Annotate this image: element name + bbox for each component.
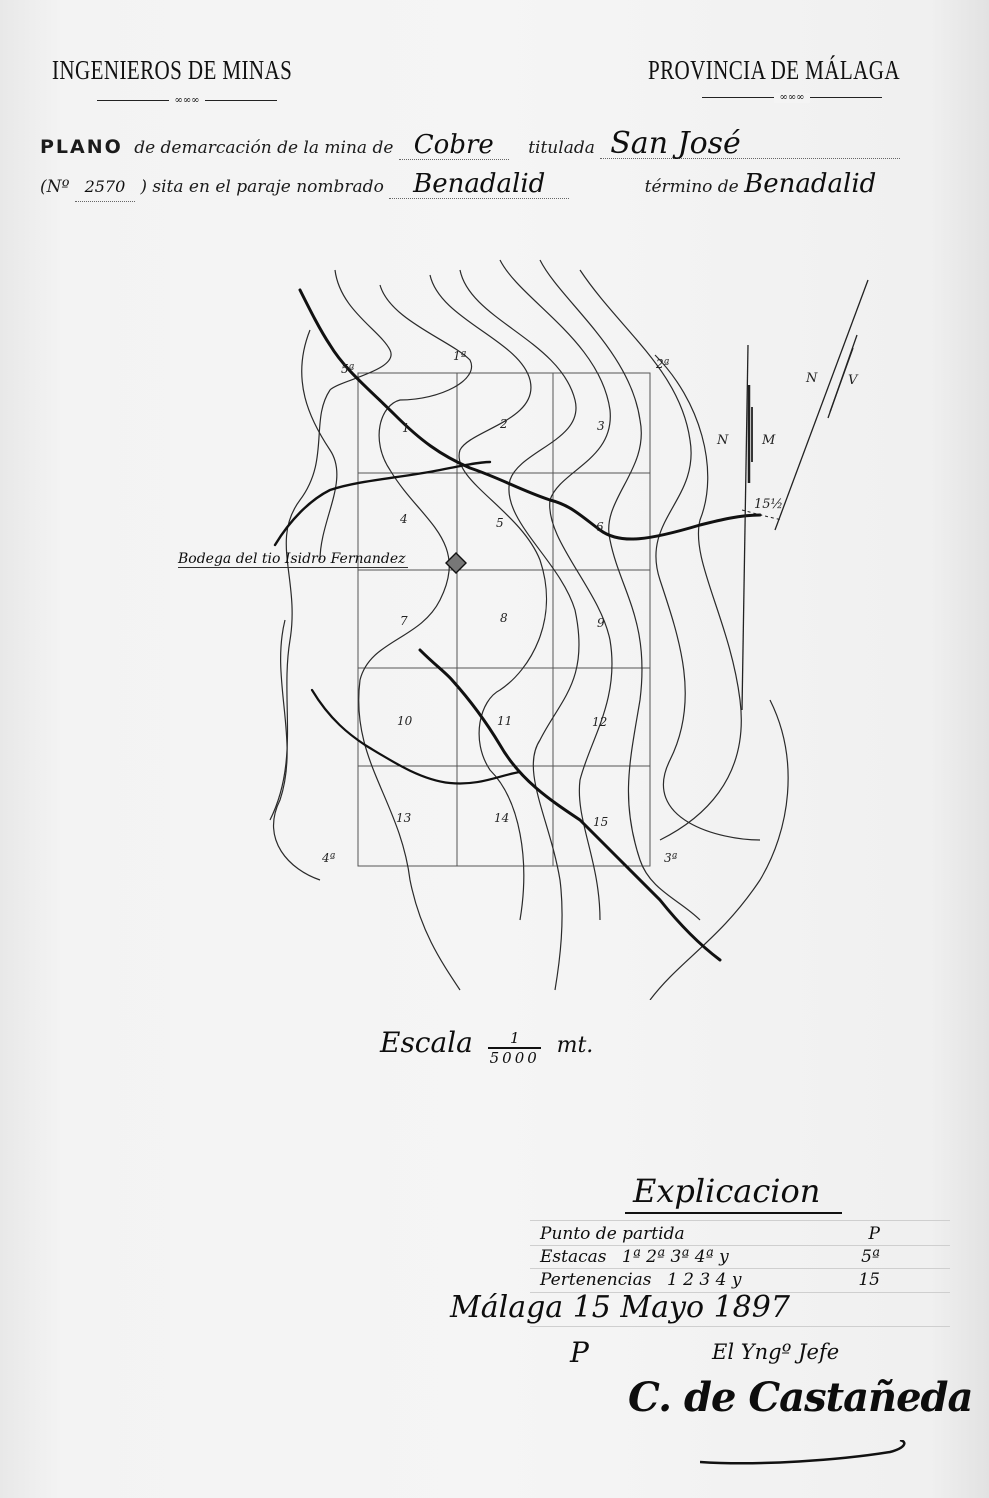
ruled-line <box>530 1220 950 1221</box>
pertenencia-1: 1 <box>402 421 410 435</box>
stake-3-label: 3ª <box>664 851 678 865</box>
scale-denominator: 5000 <box>488 1049 542 1067</box>
streams <box>275 290 760 960</box>
legend-detail: 1 2 3 4 y <box>667 1270 741 1290</box>
pertenencia-3: 3 <box>597 419 605 433</box>
ruled-line <box>530 1268 950 1269</box>
pertenencia-8: 8 <box>500 611 508 625</box>
pertenencia-5: 5 <box>496 516 504 530</box>
mine-demarcation-map: 1 2 3 4 5 6 7 8 9 10 11 12 13 14 15 1ª 2… <box>0 0 989 1000</box>
magnetic-north-n: N <box>716 433 729 448</box>
declination-angle-label: 15½ <box>754 497 783 512</box>
magnetic-north-m: M <box>761 433 776 448</box>
pertenencia-12: 12 <box>592 715 607 729</box>
map-scale: Escala 1 5000 mt. <box>380 1026 593 1067</box>
pertenencia-7: 7 <box>400 614 408 628</box>
engineer-signature: C. de Castañeda <box>628 1374 972 1421</box>
signature-flourish-icon <box>700 1440 910 1470</box>
stake-5-label: 5ª <box>341 362 355 376</box>
scale-label: Escala <box>380 1026 473 1059</box>
legend-value: P <box>869 1224 880 1244</box>
true-north-n: N <box>805 371 818 386</box>
legend-value: 15 <box>858 1270 880 1290</box>
date-line: Málaga 15 Mayo 1897 <box>450 1290 790 1325</box>
ruled-line <box>530 1245 950 1246</box>
pertenencia-10: 10 <box>397 714 413 728</box>
meridian-lines <box>742 280 868 710</box>
legend-detail: 1ª 2ª 3ª 4ª y <box>622 1247 729 1267</box>
pertenencia-4: 4 <box>399 512 408 526</box>
pertenencia-14: 14 <box>494 811 509 825</box>
document-page: INGENIEROS DE MINAS ∞∞∞ PROVINCIA DE MÁL… <box>0 0 989 1498</box>
engineer-title: El Yngº Jefe <box>712 1340 839 1364</box>
legend-label: Estacas <box>540 1247 606 1267</box>
pertenencia-numbers: 1 2 3 4 5 6 7 8 9 10 11 12 13 14 15 <box>396 417 608 829</box>
legend-row-punto-partida: Punto de partida P <box>540 1224 880 1244</box>
pertenencia-2: 2 <box>499 417 508 431</box>
bodega-label: Bodega del tio Isidro Fernandez <box>178 551 408 568</box>
ruled-line <box>530 1326 950 1327</box>
stake-2-label: 2ª <box>655 357 670 371</box>
scale-numerator: 1 <box>488 1029 542 1049</box>
legend-row-estacas: Estacas 1ª 2ª 3ª 4ª y 5ª <box>540 1247 880 1267</box>
pertenencia-13: 13 <box>396 811 412 825</box>
legend-label: Punto de partida <box>540 1224 685 1244</box>
pertenencia-9: 9 <box>597 616 605 630</box>
legend-value: 5ª <box>861 1247 880 1267</box>
rubric-mark: P <box>570 1336 589 1369</box>
explicacion-title: Explicacion <box>625 1172 842 1214</box>
pertenencia-6: 6 <box>596 520 604 534</box>
scale-unit: mt. <box>557 1033 594 1058</box>
legend-row-pertenencias: Pertenencias 1 2 3 4 y 15 <box>540 1270 880 1290</box>
true-north-v: V <box>848 373 859 388</box>
scale-fraction: 1 5000 <box>488 1029 542 1067</box>
stake-4-label: 4ª <box>321 851 336 865</box>
pertenencia-15: 15 <box>593 815 608 829</box>
stake-1-label: 1ª <box>453 349 467 363</box>
legend-label: Pertenencias <box>540 1270 652 1290</box>
pertenencia-11: 11 <box>497 714 512 728</box>
